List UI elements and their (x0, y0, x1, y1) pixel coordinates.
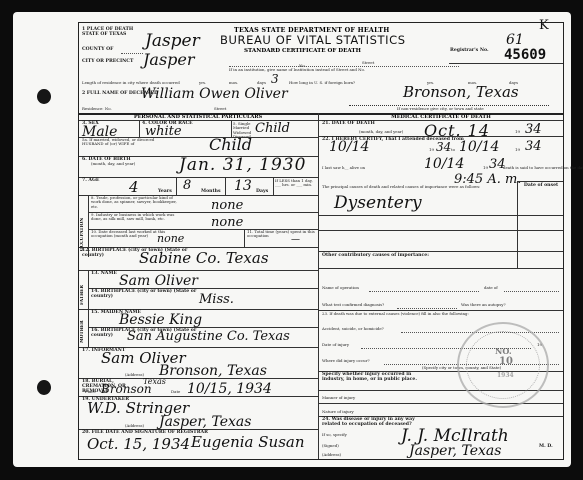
punch-hole-top (37, 89, 51, 104)
trade-label: 8. Trade, profession, or particular kind… (91, 196, 181, 209)
registration-stamp: NO. 10 1934 (457, 322, 549, 408)
burial-place-state: Texas (143, 378, 166, 386)
informant-address-value: Bronson, Texas (159, 364, 267, 378)
spouse-value: Child (209, 137, 252, 153)
date-of-death-sub: (month, day, and year) (359, 130, 403, 134)
causes-label: The principal causes of death and relate… (322, 185, 492, 189)
informant-address-label: (Address) (125, 373, 144, 377)
operation-label: Name of operation (322, 286, 359, 290)
manner-label: Manner of injury (322, 396, 355, 400)
street-label: Street (362, 61, 374, 65)
dob-sub-label: (month, day, and year) (91, 162, 135, 166)
last-worked-value: none (157, 233, 184, 244)
attended-from-year-prefix: 19 (429, 148, 434, 152)
test-label: What test confirmed diagnosis? (322, 303, 384, 307)
attended-from-value: 10/14 (329, 140, 369, 154)
injury-date-label: Date of injury (322, 343, 349, 347)
registrar-label: Registrar's No. (450, 48, 489, 53)
less-than-day-label: If LESS than 1 day, ___ hrs. or ___ min. (275, 179, 317, 188)
attended-to-value: 10/14 (459, 140, 499, 154)
days-label: days (257, 81, 266, 85)
autopsy-label: Was there an autopsy? (461, 303, 506, 307)
burial-place-label: Place (85, 390, 96, 394)
mos-label: mos. (229, 81, 238, 85)
principal-cause-value: Dysentery (334, 195, 422, 212)
dod-year-prefix: 19 (515, 130, 520, 134)
nonresidence-note: If non-residence give city, or town and … (397, 107, 484, 111)
attended-from-year: 34 (436, 141, 451, 153)
industry-label: 9. Industry or business in which work wa… (91, 213, 181, 222)
nature-label: Nature of injury (322, 410, 354, 414)
residence-value: Bronson, Texas (403, 85, 519, 100)
residence-street-label: Street (214, 107, 226, 111)
mother-side-label: MOTHER (80, 313, 85, 343)
date-of-death-label: 21. DATE OF DEATH (322, 121, 375, 126)
county-label: COUNTY OF (82, 47, 113, 52)
city-label: CITY OR PRECINCT (82, 59, 133, 64)
mother-maiden-value: Bessie King (119, 313, 202, 327)
industry-value: none (211, 216, 243, 229)
burial-date-value: 10/15, 1934 (187, 382, 272, 396)
injury-where-label: Where did injury occur? (322, 359, 370, 363)
other-causes-label: Other contributory causes of importance: (322, 253, 429, 258)
trade-value: none (211, 199, 243, 212)
bureau-title: BUREAU OF VITAL STATISTICS (220, 33, 406, 47)
deceased-full-name: William Owen Oliver (141, 87, 288, 101)
attended-to-year: 34 (525, 140, 542, 153)
file-date-value: Oct. 15, 1934 (87, 437, 190, 452)
form-title: STANDARD CERTIFICATE OF DEATH (244, 48, 361, 54)
certificate-number: 45609 (504, 47, 546, 63)
injury-specify-label: Specify whether injury occurred in indus… (322, 372, 417, 382)
years-label: Years (158, 189, 172, 194)
registrar-signature: Eugenia Susan (191, 435, 305, 450)
occupation-side-label: OCCUPATION (80, 203, 85, 251)
foreign-born-label: How long in U. S. if foreign born? (289, 81, 355, 85)
signed-label: (Signed) (322, 444, 339, 448)
operation-date-label: date of (484, 286, 498, 290)
age-years-value: 4 (129, 180, 139, 195)
months-label: Months (201, 189, 221, 194)
burial-date-label: Date (171, 390, 180, 394)
total-time-value: — (291, 236, 300, 245)
undertaker-address-label: (Address) (125, 424, 144, 428)
punch-hole-bottom (37, 380, 51, 395)
last-saw-value: 10/14 (424, 157, 464, 171)
attended-to-year-prefix: 19 (515, 148, 520, 152)
age-months-value: 8 (183, 179, 191, 192)
date-of-death-year: 34 (525, 123, 542, 136)
yrs-label: yrs. (199, 81, 206, 85)
dob-value: Jan. 31, 1930 (179, 157, 306, 174)
birthplace-value: Sabine Co. Texas (139, 251, 269, 266)
county-value: Jasper (145, 33, 200, 50)
days-label: Days (256, 189, 268, 194)
death-said-label: death is said to have occurred on the da… (503, 166, 583, 170)
residence-length-label: Length of residence in city where death … (82, 81, 180, 85)
mother-birthplace-value: San Augustine Co. Texas (127, 330, 290, 343)
residence-no-label: Residence: No. (82, 107, 112, 111)
undertaker-address-value: Jasper, Texas (159, 415, 251, 429)
if-so-label: If so, specify (322, 433, 347, 437)
last-saw-label: I last saw h__ alive on (322, 166, 365, 170)
onset-label: Date of onset (523, 183, 559, 188)
stamp-year: 1934 (497, 372, 514, 379)
age-days-value: 13 (234, 179, 252, 193)
to-label: to (451, 148, 455, 152)
father-birthplace-label: 14. BIRTHPLACE (city or town) (State or … (91, 289, 201, 299)
father-name-label: 13. NAME (91, 271, 117, 276)
md-label: M. D. (539, 444, 553, 449)
age-label: 7. AGE (82, 178, 99, 183)
last-saw-year-prefix: 19 (483, 166, 488, 170)
physician-address-label: (Address) (322, 453, 341, 457)
physician-address-value: Jasper, Texas (409, 444, 501, 458)
registrar-handwritten: 61 (506, 33, 524, 47)
father-name-value: Sam Oliver (119, 274, 198, 288)
father-side-label: FATHER (80, 275, 85, 305)
father-birthplace-value: Miss. (199, 293, 234, 306)
accident-label: Accident, suicide, or homicide? (322, 327, 384, 331)
residence-days-value: 3 (271, 73, 279, 85)
institution-note: If in an institution, give name of Insti… (229, 68, 365, 72)
stamp-number: 10 (499, 356, 513, 367)
corner-mark: K (539, 19, 549, 32)
state-label: STATE OF TEXAS (82, 32, 126, 37)
city-value: Jasper (143, 52, 195, 68)
external-causes-label: 23. If death was due to external causes … (322, 312, 469, 316)
stamp-no-label: NO. (495, 346, 512, 356)
spouse-label: 5a. If married, widowed, or divorced HUS… (82, 138, 177, 147)
total-time-label: 11. Total time (years) spent in this occ… (247, 230, 317, 239)
marital-value: Child (255, 122, 290, 135)
